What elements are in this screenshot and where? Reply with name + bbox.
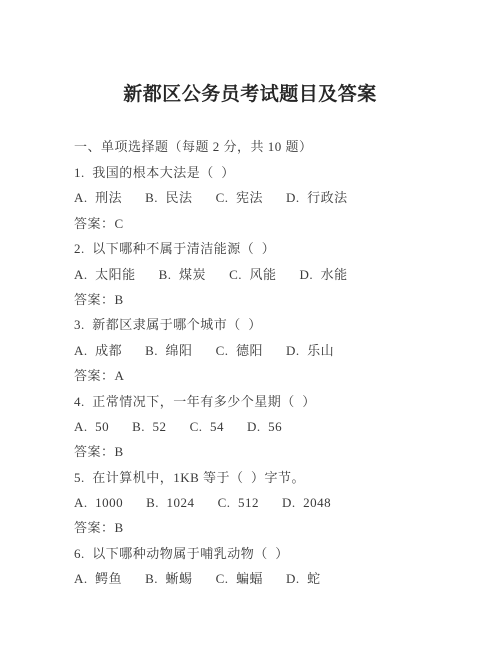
option-c: C. 风能 <box>229 268 276 281</box>
option-d: D. 56 <box>247 420 282 433</box>
document-title: 新都区公务员考试题目及答案 <box>74 84 426 105</box>
option-a: A. 1000 <box>74 496 123 509</box>
question-text: 4. 正常情况下，一年有多少个星期（ ） <box>74 395 460 408</box>
option-b: B. 绵阳 <box>145 344 192 357</box>
option-c: C. 54 <box>190 420 224 433</box>
question-block: 2. 以下哪种不属于清洁能源（ ） A. 太阳能 B. 煤炭 C. 风能 D. … <box>74 242 460 306</box>
answer-text: 答案：B <box>74 445 460 458</box>
answer-text: 答案：B <box>74 293 460 306</box>
option-d: D. 蛇 <box>286 572 321 585</box>
question-text: 3. 新都区隶属于哪个城市（ ） <box>74 318 460 331</box>
options-row: A. 50 B. 52 C. 54 D. 56 <box>74 420 460 433</box>
options-row: A. 刑法 B. 民法 C. 宪法 D. 行政法 <box>74 191 460 204</box>
question-block: 5. 在计算机中，1KB 等于（ ）字节。 A. 1000 B. 1024 C.… <box>74 471 460 535</box>
option-b: B. 1024 <box>146 496 194 509</box>
option-d: D. 乐山 <box>286 344 334 357</box>
option-d: D. 行政法 <box>286 191 348 204</box>
answer-text: 答案：C <box>74 217 460 230</box>
option-c: C. 蝙蝠 <box>216 572 263 585</box>
option-b: B. 52 <box>132 420 166 433</box>
question-block: 1. 我国的根本大法是（ ） A. 刑法 B. 民法 C. 宪法 D. 行政法 … <box>74 166 460 230</box>
option-c: C. 512 <box>218 496 259 509</box>
option-d: D. 水能 <box>299 268 347 281</box>
option-c: C. 宪法 <box>216 191 263 204</box>
options-row: A. 成都 B. 绵阳 C. 德阳 D. 乐山 <box>74 344 460 357</box>
question-text: 1. 我国的根本大法是（ ） <box>74 166 460 179</box>
option-c: C. 德阳 <box>216 344 263 357</box>
options-row: A. 太阳能 B. 煤炭 C. 风能 D. 水能 <box>74 268 460 281</box>
question-block: 3. 新都区隶属于哪个城市（ ） A. 成都 B. 绵阳 C. 德阳 D. 乐山… <box>74 318 460 382</box>
options-row: A. 1000 B. 1024 C. 512 D. 2048 <box>74 496 460 509</box>
option-a: A. 成都 <box>74 344 122 357</box>
answer-text: 答案：A <box>74 369 460 382</box>
option-a: A. 鳄鱼 <box>74 572 122 585</box>
option-b: B. 煤炭 <box>159 268 206 281</box>
option-a: A. 太阳能 <box>74 268 136 281</box>
question-block: 4. 正常情况下，一年有多少个星期（ ） A. 50 B. 52 C. 54 D… <box>74 395 460 459</box>
option-a: A. 50 <box>74 420 109 433</box>
question-text: 5. 在计算机中，1KB 等于（ ）字节。 <box>74 471 460 484</box>
question-text: 6. 以下哪种动物属于哺乳动物（ ） <box>74 547 460 560</box>
option-a: A. 刑法 <box>74 191 122 204</box>
document-page: 新都区公务员考试题目及答案 一、单项选择题（每题 2 分，共 10 题） 1. … <box>0 0 500 647</box>
section-heading: 一、单项选择题（每题 2 分，共 10 题） <box>74 140 460 153</box>
question-text: 2. 以下哪种不属于清洁能源（ ） <box>74 242 460 255</box>
option-b: B. 民法 <box>145 191 192 204</box>
option-b: B. 蜥蜴 <box>145 572 192 585</box>
answer-text: 答案：B <box>74 521 460 534</box>
options-row: A. 鳄鱼 B. 蜥蜴 C. 蝙蝠 D. 蛇 <box>74 572 460 585</box>
option-d: D. 2048 <box>282 496 331 509</box>
question-block: 6. 以下哪种动物属于哺乳动物（ ） A. 鳄鱼 B. 蜥蜴 C. 蝙蝠 D. … <box>74 547 460 585</box>
